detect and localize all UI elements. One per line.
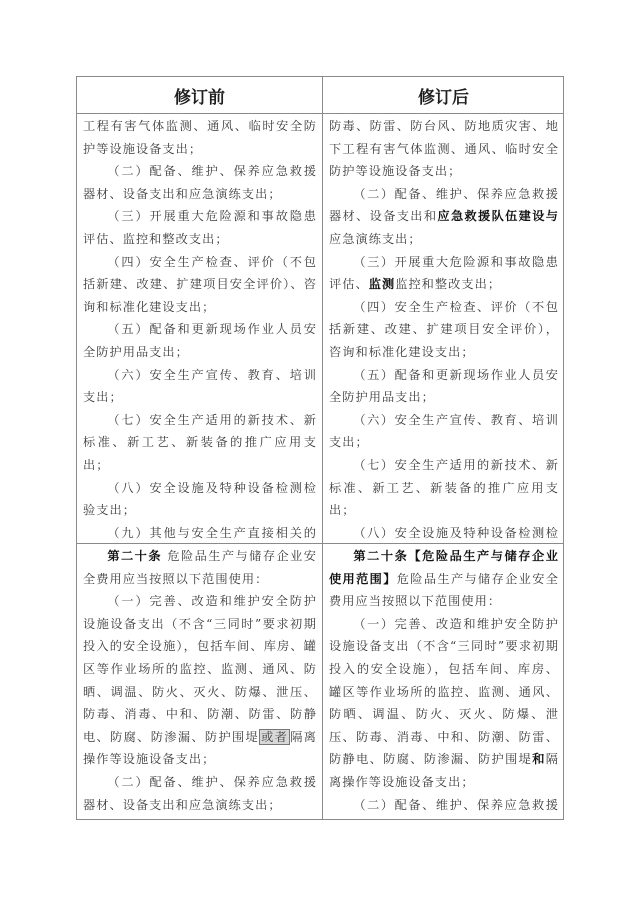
comparison-table: 修订前 修订后 工程有害气体监测、通风、临时安全防护等设施设备支出； （二）配备…	[76, 76, 564, 820]
paragraph: 第二十条 危险品生产与储存企业安全费用应当按照以下范围使用：	[83, 545, 317, 590]
row2-before-cell: 第二十条 危险品生产与储存企业安全费用应当按照以下范围使用： （一）完善、改造和…	[77, 545, 322, 819]
paragraph: （八）安全设施及特种设备检测检验支出；	[83, 477, 317, 522]
text: （一）完善、改造和维护安全防护设施设备支出（不含“三同时”要求初期投入的安全设施…	[329, 617, 559, 767]
added-text: 应急救援队伍建设与	[437, 209, 559, 223]
paragraph: （七）安全生产适用的新技术、新标准、新工艺、新装备的推广应用支出；	[83, 409, 317, 477]
text: 监控和整改支出；	[395, 277, 501, 291]
paragraph: （三）开展重大危险源和事故隐患评估、监控和整改支出；	[83, 205, 317, 250]
article-number: 第二十条	[107, 549, 162, 563]
paragraph: （二）配备、维护、保养应急救援器材、设备支出和应急演练支出；	[83, 160, 317, 205]
paragraph: （一）完善、改造和维护安全防护设施设备支出（不含“三同时”要求初期投入的安全设施…	[329, 613, 559, 794]
paragraph: （三）开展重大危险源和事故隐患评	[83, 816, 317, 819]
paragraph: 第二十条【危险品生产与储存企业使用范围】危险品生产与储存企业安全费用应当按照以下…	[329, 545, 559, 613]
paragraph: 防毒、防雷、防台风、防地质灾害、地下工程有害气体监测、通风、临时安全防护等设施设…	[329, 115, 559, 183]
paragraph: （六）安全生产宣传、教育、培训支出；	[83, 364, 317, 409]
paragraph: （六）安全生产宣传、教育、培训支出；	[329, 409, 559, 454]
added-text: 和	[532, 752, 546, 766]
paragraph: （二）配备、维护、保养应急救援器材、设备支出和应急救援队伍建设与应急	[329, 794, 559, 819]
paragraph: （五）配备和更新现场作业人员安全防护用品支出；	[83, 318, 317, 363]
paragraph: （一）完善、改造和维护安全防护设施设备支出（不含“三同时”要求初期投入的安全设施…	[83, 590, 317, 771]
header-before: 修订前	[77, 77, 322, 113]
added-text: 监测	[369, 277, 395, 291]
paragraph: （四）安全生产检查、评价（不包括新建、改建、扩建项目安全评价），咨询和标准化建设…	[329, 296, 559, 364]
paragraph: （七）安全生产适用的新技术、新标准、新工艺、新装备的推广应用支出；	[329, 454, 559, 522]
row-divider	[77, 543, 563, 544]
paragraph: （九）其他与安全生产直接相关的支出。	[83, 522, 317, 543]
paragraph: （三）开展重大危险源和事故隐患评估、监测监控和整改支出；	[329, 251, 559, 296]
text: （一）完善、改造和维护安全防护设施设备支出（不含“三同时”要求初期投入的安全设施…	[83, 594, 317, 744]
row1-before-cell: 工程有害气体监测、通风、临时安全防护等设施设备支出； （二）配备、维护、保养应急…	[77, 115, 322, 543]
paragraph: 工程有害气体监测、通风、临时安全防护等设施设备支出；	[83, 115, 317, 160]
header-after: 修订后	[323, 77, 564, 113]
row2-after-cell: 第二十条【危险品生产与储存企业使用范围】危险品生产与储存企业安全费用应当按照以下…	[323, 545, 564, 819]
paragraph: （四）安全生产检查、评价（不包括新建、改建、扩建项目安全评价）、咨询和标准化建设…	[83, 251, 317, 319]
paragraph: （五）配备和更新现场作业人员安全防护用品支出；	[329, 364, 559, 409]
paragraph: （二）配备、维护、保养应急救援器材、设备支出和应急救援队伍建设与应急演练支出；	[329, 183, 559, 251]
paragraph: （二）配备、维护、保养应急救援器材、设备支出和应急演练支出；	[83, 771, 317, 816]
text: （二）配备、维护、保养应急救援器材、设备支出和	[329, 798, 559, 819]
header-divider	[77, 113, 563, 114]
row1-after-cell: 防毒、防雷、防台风、防地质灾害、地下工程有害气体监测、通风、临时安全防护等设施设…	[323, 115, 564, 543]
text: 应急演练支出；	[329, 232, 422, 246]
highlighted-text: 或者	[259, 729, 290, 745]
paragraph: （八）安全设施及特种设备检测检验支出；	[329, 522, 559, 543]
